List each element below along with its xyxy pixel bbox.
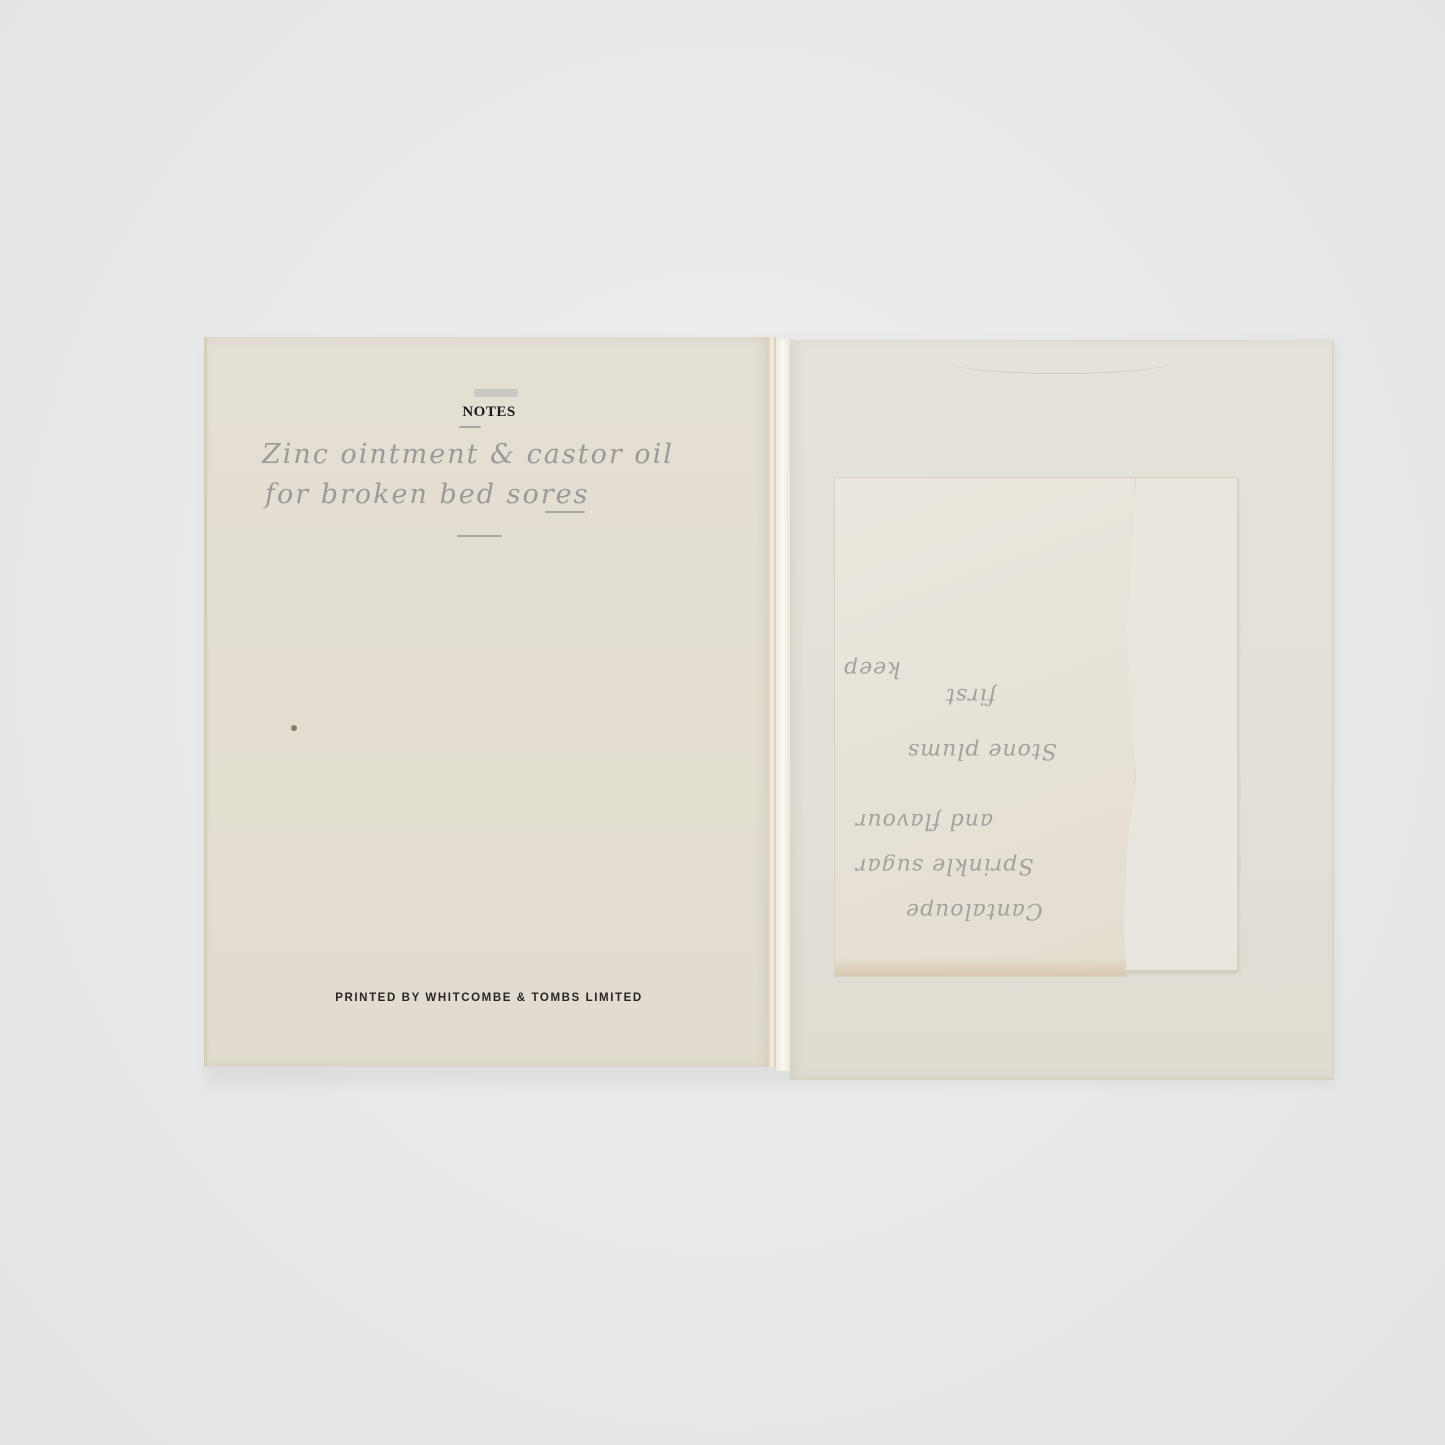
- slip-line-3: Stone plums: [907, 738, 1057, 763]
- pencil-mark: [459, 426, 481, 428]
- slip-line-first: first: [945, 683, 996, 708]
- right-page: keep first Stone plums and flavour Sprin…: [790, 340, 1334, 1080]
- printer-imprint: PRINTED BY WHITCOMBE & TOMBS LIMITED: [207, 992, 771, 1004]
- handwritten-note-line-2: for broken bed sores: [265, 479, 589, 510]
- open-booklet: NOTES Zinc ointment & castor oil for bro…: [200, 335, 1335, 1080]
- notes-heading: NOTES: [207, 404, 771, 421]
- slip-line-4: and flavour: [855, 808, 993, 833]
- slip-line-5: Sprinkle sugar: [855, 853, 1033, 878]
- paper-spot: [291, 725, 297, 731]
- handwritten-note-line-1: Zinc ointment & castor oil: [262, 439, 674, 470]
- spine-fold-left: [768, 337, 776, 1067]
- show-through-text: [474, 389, 518, 397]
- water-stain: [940, 345, 1180, 374]
- pencil-underline: [545, 511, 585, 513]
- inserted-paper-slip: keep first Stone plums and flavour Sprin…: [834, 477, 1136, 977]
- slip-line-keep: keep: [843, 656, 900, 681]
- left-page: NOTES Zinc ointment & castor oil for bro…: [204, 337, 771, 1067]
- slip-line-6: Cantaloupe: [905, 898, 1043, 923]
- pencil-mark: [457, 535, 502, 537]
